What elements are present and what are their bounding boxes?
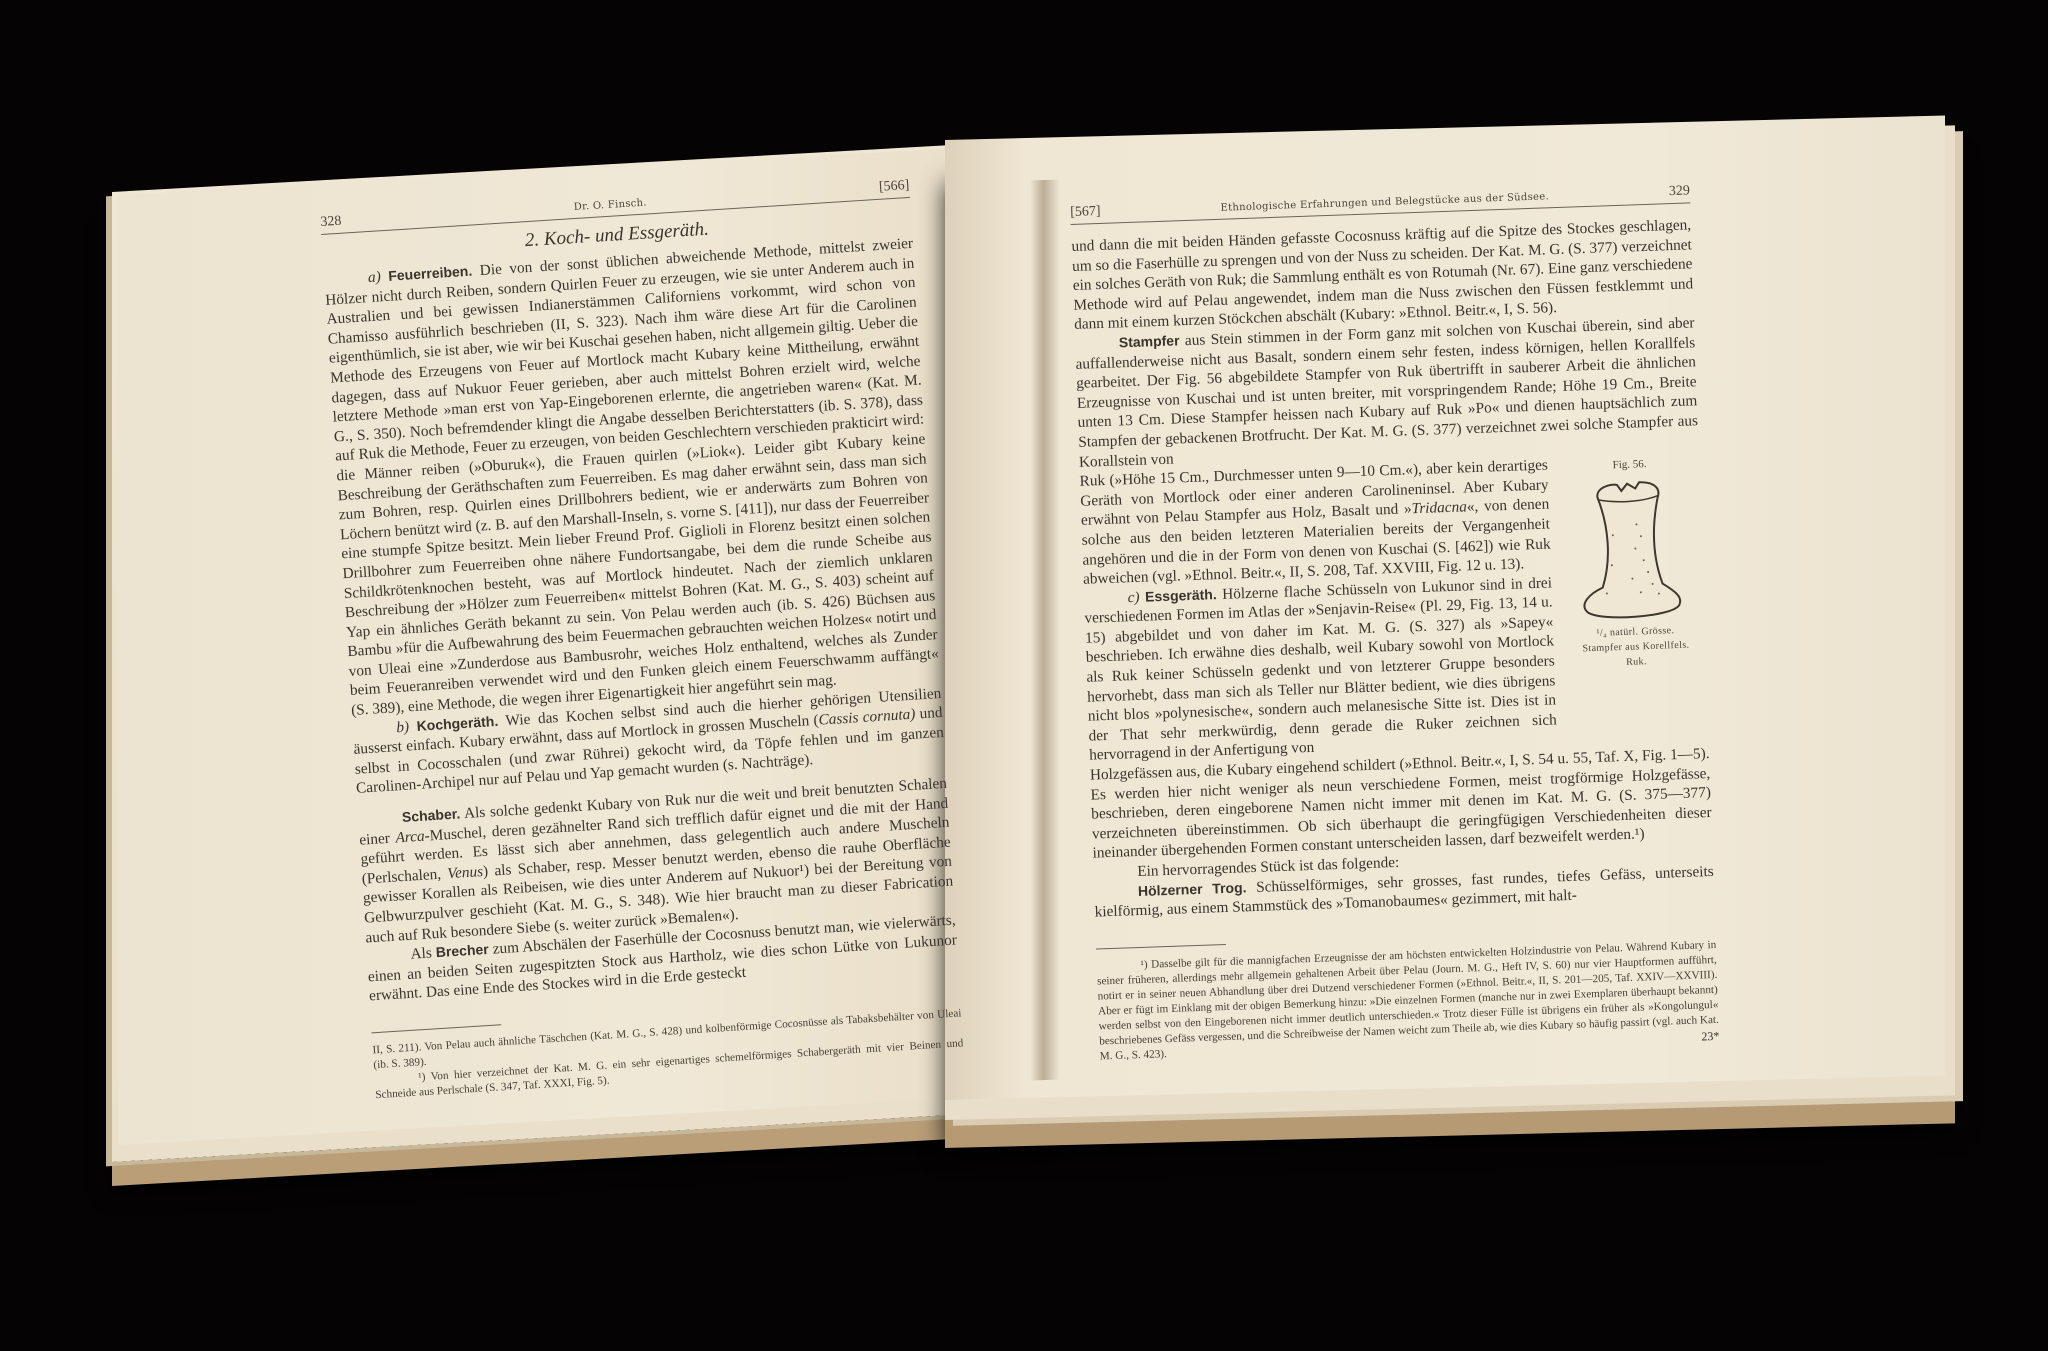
paragraph-stampfer: Stampfer aus Stein stimmen in der Form g…: [1075, 313, 1699, 472]
left-body-text: a) Feuerreiben. Die von der sonst üblich…: [324, 234, 959, 1007]
footnote-rule: [1096, 944, 1226, 950]
right-body-text: und dann die mit beiden Händen gefasste …: [1071, 215, 1699, 472]
right-body-text-lower: Holzgefässen aus, die Kubary eingehend s…: [1090, 744, 1715, 922]
paragraph-marker: c): [1127, 589, 1139, 606]
text-beside-figure: Ruk (»Höhe 15 Cm., Durchmesser unten 9—1…: [1079, 456, 1557, 766]
paragraph-feuerreiben: a) Feuerreiben. Die von der sonst üblich…: [324, 234, 941, 721]
keyword-essgeraeth: Essgeräth.: [1145, 586, 1217, 604]
book-gutter: [1030, 179, 1060, 1080]
left-page-number: 328: [320, 214, 342, 231]
right-page-content: [567] Ethnologische Erfahrungen und Bele…: [1070, 183, 1720, 1065]
book-photograph: 328 Dr. O. Finsch. [566] 2. Koch- und Es…: [0, 0, 2048, 1351]
paragraph-essgeraeth: c) Essgeräth. Hölzerne flache Schüsseln …: [1083, 573, 1557, 766]
figure-label: Fig. 56.: [1560, 456, 1700, 473]
keyword-brecher: Brecher: [435, 941, 489, 960]
keyword-hoelzerner-trog: Hölzerner Trog.: [1138, 879, 1247, 899]
paragraph-stampfer-cont: Ruk (»Höhe 15 Cm., Durchmesser unten 9—1…: [1079, 456, 1551, 590]
keyword-kochgeraeth: Kochgeräth.: [416, 712, 499, 733]
stone-pounder-illustration-icon: [1575, 473, 1690, 627]
keyword-stampfer: Stampfer: [1119, 332, 1180, 350]
paragraph-marker: a): [367, 268, 381, 286]
keyword-schaber: Schaber.: [401, 805, 460, 825]
species-name: Tridacna: [1411, 499, 1467, 518]
species-name: Venus: [447, 863, 484, 882]
paragraph-text: Als: [410, 944, 436, 963]
left-running-title: Dr. O. Finsch.: [573, 197, 647, 213]
figure-wrap-region: Ruk (»Höhe 15 Cm., Durchmesser unten 9—1…: [1079, 450, 1709, 765]
paragraph-marker: b): [396, 718, 410, 736]
figure-56: Fig. 56. ¹/₄ natürl. Grösse. Stampfer au…: [1560, 456, 1710, 749]
right-page-number: 329: [1669, 183, 1691, 200]
footnote-rule: [371, 1024, 501, 1033]
keyword-feuerreiben: Feuerreiben.: [388, 263, 473, 284]
right-bracket-number: [567]: [1070, 204, 1101, 221]
left-page-content: 328 Dr. O. Finsch. [566] 2. Koch- und Es…: [320, 178, 965, 1103]
paragraph-text: Die von der sonst üblichen abweichende M…: [325, 235, 940, 719]
left-bracket-number: [566]: [879, 178, 910, 196]
species-name: Arca: [395, 827, 425, 846]
